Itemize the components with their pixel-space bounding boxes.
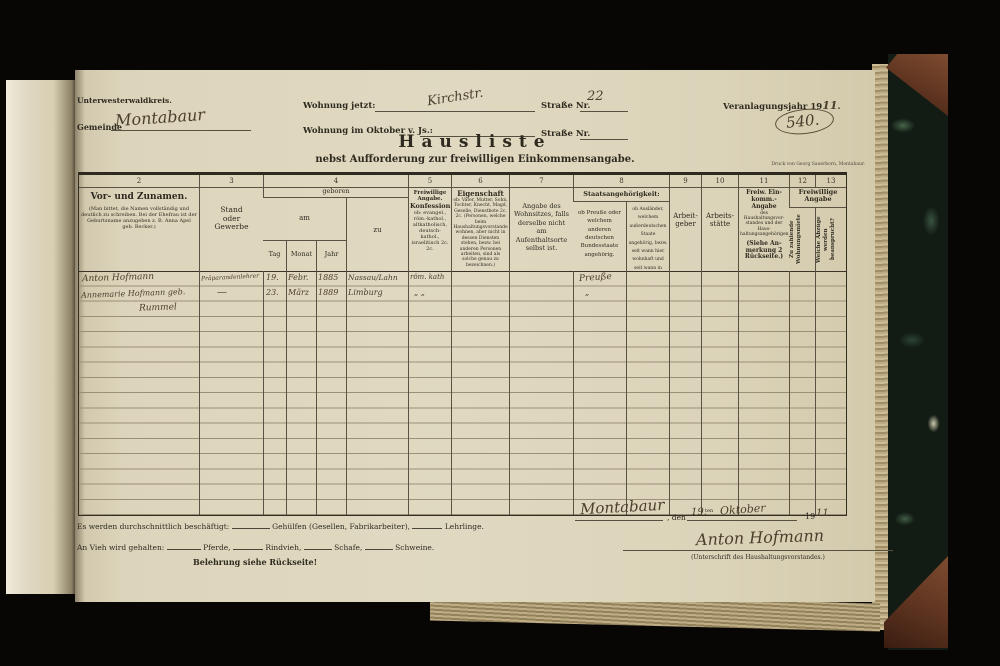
strasse1-handwritten-value: 22 — [587, 89, 604, 104]
header-wohnsitz-label: Angabe des Wohnsitzes, falls derselbe ni… — [514, 202, 569, 252]
body-col-stand — [199, 271, 263, 515]
footer-line2-pre: An Vieh wird gehalten: — [77, 543, 164, 552]
header-abzuege-label: Welche Abzüge werden beansprucht? — [816, 208, 846, 271]
header-arbeitsstaette-label: Arbeits- stätte — [706, 212, 734, 228]
colnum-5: 5 — [408, 175, 451, 188]
header-wohnsitz: Angabe des Wohnsitzes, falls derselbe ni… — [509, 188, 573, 271]
body-col-jahr — [316, 271, 346, 515]
footer-line2: An Vieh wird gehalten: Pferde, Rindvieh,… — [77, 541, 434, 552]
body-col-staat2 — [626, 271, 669, 515]
header-konfession-title2: Konfession: — [410, 203, 450, 210]
entry-row2-tag: 23. — [266, 288, 279, 297]
colnum-12: 12 — [789, 175, 815, 188]
colnum-13: 13 — [815, 175, 846, 188]
footer-line1-blank2 — [412, 520, 442, 529]
colnum-2: 2 — [79, 175, 199, 188]
footer-line2-rindvieh: Rindvieh, — [265, 543, 301, 552]
header-stand: Stand oder Gewerbe — [199, 188, 263, 271]
header-staat-sub2: ob Ausländer, welchem außerdeutschen Sta… — [626, 202, 669, 271]
table-body: Anton Hofmann Präparandenlehrer 19. Febr… — [79, 271, 846, 515]
footer-year-handwritten: 11 — [816, 508, 829, 519]
entry-row1-tag: 19. — [266, 273, 279, 282]
footer-line1-mid: Gehülfen (Gesellen, Fabrikarbeiter), — [272, 522, 410, 531]
header-stand-label: Stand oder Gewerbe — [214, 205, 248, 231]
strasse1-label: Straße Nr. — [541, 101, 590, 111]
footer-line1-blank1 — [232, 520, 270, 529]
footer-signature-line — [623, 550, 893, 551]
gemeinde-handwritten-value: Montabaur — [114, 105, 205, 130]
entry-row2-konfession: „ „ — [414, 288, 425, 297]
header-staat-sub2-label: ob Ausländer, welchem außerdeutschen Sta… — [629, 207, 668, 271]
header-staat-title: Staatsangehörigkeit: — [573, 188, 669, 202]
colnum-10: 10 — [701, 175, 738, 188]
body-col-tag — [263, 271, 286, 515]
entry-row2-monat: März — [288, 288, 309, 297]
header-einkommen-title: Freiw. Ein- komm.-Angabe — [740, 190, 788, 211]
header-einkommen-note: des Haushaltungsvor- standes und der Hau… — [740, 211, 788, 238]
body-col-staat1 — [573, 271, 626, 515]
footer-line2-blank2 — [233, 541, 263, 550]
hausliste-table: 2 3 4 5 6 7 8 9 10 11 12 13 Vor- und Zun… — [78, 172, 847, 516]
header-names-note: (Man bittet, die Namen vollständig und d… — [81, 206, 197, 230]
colnum-9: 9 — [669, 175, 701, 188]
header-eigenschaft: Eigenschaft ob: Vater, Mutter, Sohn, Toc… — [451, 188, 509, 271]
header-zu: zu — [346, 198, 408, 271]
table-header: 2 3 4 5 6 7 8 9 10 11 12 13 Vor- und Zun… — [79, 175, 846, 272]
header-eigenschaft-note: ob: Vater, Mutter, Sohn, Tochter, Knecht… — [453, 198, 508, 268]
footer-line1-pre: Es werden durchschnittlich beschäftigt: — [77, 522, 229, 531]
form-title: Hausliste — [195, 132, 755, 152]
printer-imprint: Druck von Georg Sauerborn, Montabaur. — [685, 162, 865, 167]
header-arbeitgeber: Arbeit- geber — [669, 188, 701, 271]
footer-line2-schweine: Schweine. — [395, 543, 434, 552]
header-arbeitgeber-label: Arbeit- geber — [673, 212, 697, 228]
hausliste-form-page: Unterwesterwaldkreis. Gemeinde Montabaur… — [75, 70, 875, 602]
header-monat: Monat — [286, 241, 316, 271]
header-tag: Tag — [263, 241, 286, 271]
header-miete: Zu zahlende Wohnungsmiete — [789, 208, 815, 271]
body-col-monat — [286, 271, 316, 515]
body-col-zu — [346, 271, 408, 515]
footer-signature-handwritten: Anton Hofmann — [645, 524, 876, 551]
wohnung-jetzt-label: Wohnung jetzt: — [303, 101, 375, 111]
header-am: am — [263, 198, 346, 241]
footer-belehrung: Belehrung siehe Rückseite! — [193, 557, 317, 567]
gemeinde-line — [111, 130, 251, 131]
entry-row1-monat: Febr. — [288, 273, 308, 282]
body-col-miete — [789, 271, 815, 515]
colnum-6: 6 — [451, 175, 509, 188]
header-staat-sub1: ob Preuße oder welchem anderen deutschen… — [573, 202, 626, 271]
footer-line2-blank1 — [167, 541, 201, 550]
footer-line2-pferde: Pferde, — [203, 543, 230, 552]
entry-row1-zu: Nassau/Lahn — [348, 273, 398, 282]
header-geboren: geboren — [263, 188, 408, 198]
strasse1-line — [580, 111, 628, 112]
colnum-11: 11 — [738, 175, 789, 188]
entry-row2-stand: — — [217, 287, 227, 298]
header-arbeitsstaette: Arbeits- stätte — [701, 188, 738, 271]
colnum-7: 7 — [509, 175, 573, 188]
footer-year-printed: 19 — [805, 512, 815, 521]
book-cover-marbled — [888, 54, 948, 650]
footer-line1: Es werden durchschnittlich beschäftigt: … — [77, 520, 484, 531]
header-abzuege: Welche Abzüge werden beansprucht? — [815, 208, 846, 271]
colnum-3: 3 — [199, 175, 263, 188]
footer-date-suffix: ten — [705, 508, 713, 514]
footer-line1-end: Lehrlinge. — [445, 522, 484, 531]
header-einkommen: Freiw. Ein- komm.-Angabe des Haushaltung… — [738, 188, 789, 271]
footer-line2-blank4 — [365, 541, 393, 550]
body-col-arbeitsstaette — [701, 271, 738, 515]
footer-signature-caption: (Unterschrift des Haushaltungsvorstandes… — [623, 554, 893, 561]
header-freiwillige-angabe: Freiwillige Angabe — [789, 188, 846, 208]
footer-line2-blank3 — [304, 541, 332, 550]
body-col-arbeitgeber — [669, 271, 701, 515]
entry-row2-jahr: 1889 — [318, 288, 338, 297]
header-staat-sub1-label: ob Preuße oder welchem anderen deutschen… — [578, 210, 621, 258]
body-col-wohnsitz — [509, 271, 573, 515]
wohnung-jetzt-line — [375, 111, 535, 112]
body-col-abzuege — [815, 271, 846, 515]
body-col-eigenschaft — [451, 271, 509, 515]
header-konfession-title1: Freiwillige Angabe. — [410, 190, 450, 203]
header-konfession: Freiwillige Angabe. Konfession: ob: evan… — [408, 188, 451, 271]
form-subtitle: nebst Aufforderung zur freiwilligen Eink… — [195, 154, 755, 165]
district-label: Unterwesterwaldkreis. — [77, 96, 172, 105]
footer-ort-line — [575, 520, 663, 521]
entry-row3-name-continuation: Rummel — [139, 302, 177, 313]
entry-row2-zu: Limburg — [348, 288, 383, 297]
colnum-4: 4 — [263, 175, 408, 188]
wohnung-jetzt-handwritten-value: Kirchstr. — [426, 86, 484, 110]
facing-page-blank — [6, 80, 76, 594]
footer-den-label: , den — [667, 513, 686, 522]
colnum-8: 8 — [573, 175, 669, 188]
footer-line2-schafe: Schafe, — [334, 543, 362, 552]
header-konfession-note: ob: evangel., röm.-kathol., altkatholisc… — [410, 210, 450, 252]
veranlagungsjahr-period: . — [838, 102, 841, 112]
entry-row2-staat: „ — [585, 288, 589, 297]
body-col-einkommen — [738, 271, 789, 515]
header-eigenschaft-title: Eigenschaft — [453, 190, 508, 198]
header-names-title: Vor- und Zunamen. — [81, 192, 197, 202]
header-einkommen-ref: (Siehe An- merkung 2 Rückseite.) — [740, 241, 788, 262]
body-col-konfession — [408, 271, 451, 515]
header-jahr: Jahr — [316, 241, 346, 271]
entry-row1-konfession: röm. kath — [410, 273, 444, 281]
entry-row1-jahr: 1885 — [318, 273, 338, 282]
header-miete-label: Zu zahlende Wohnungsmiete — [789, 208, 815, 271]
footer-date-line — [687, 520, 797, 521]
header-names: Vor- und Zunamen. (Man bittet, die Namen… — [79, 188, 199, 271]
